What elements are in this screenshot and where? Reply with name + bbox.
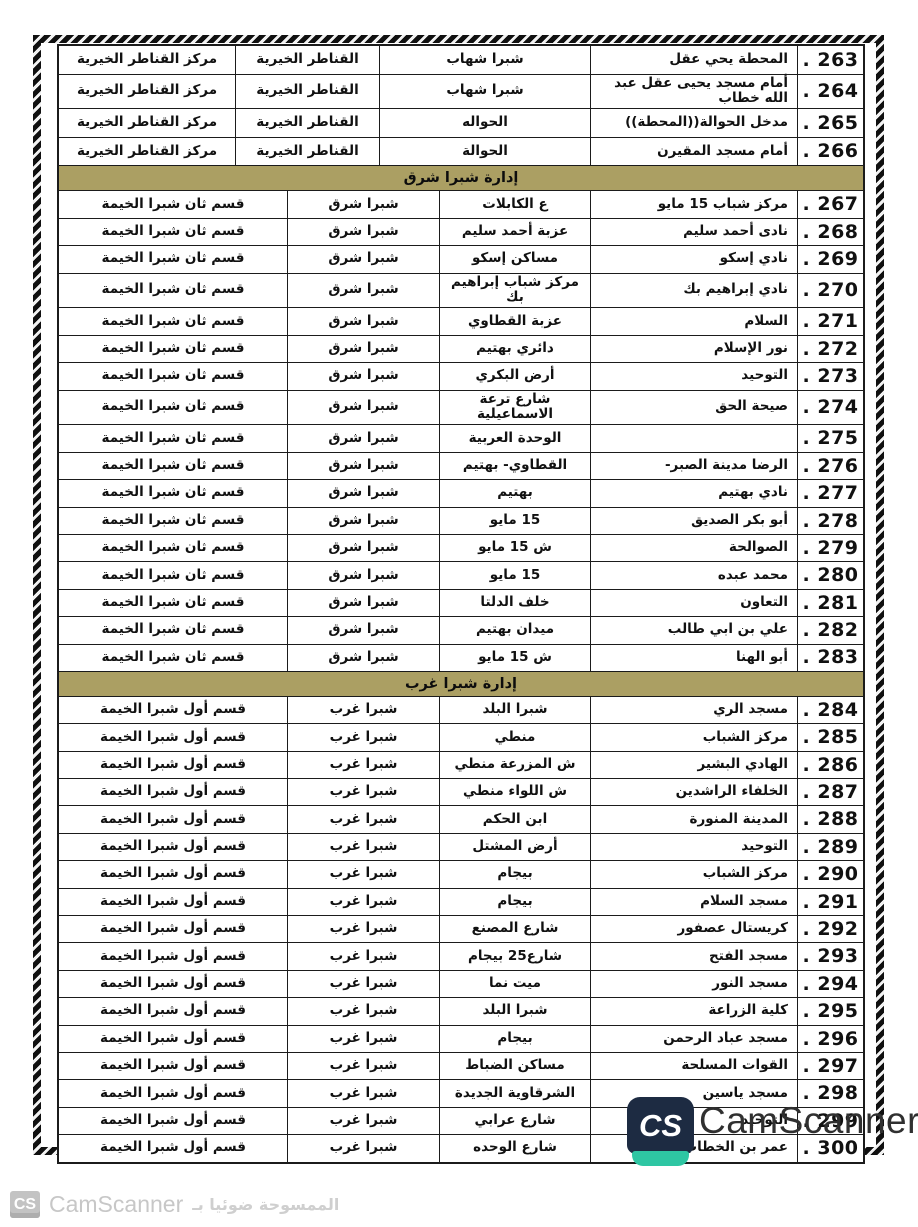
camscanner-teal-bar <box>632 1151 689 1166</box>
dept-cell: قسم أول شبرا الخيمة <box>59 998 288 1024</box>
dept-cell: قسم ثان شبرا الخيمة <box>59 590 288 616</box>
area-cell: 15 مايو <box>440 562 591 588</box>
num-cell: 275 . <box>798 425 863 451</box>
table-row: مركز القناطر الخيرية القناطر الخيرية شبر… <box>59 74 863 109</box>
dept-cell: قسم أول شبرا الخيمة <box>59 1053 288 1079</box>
num-cell: 266 . <box>798 138 863 166</box>
district-cell: شبرا شرق <box>288 219 440 245</box>
camscanner-cs-badge: CS <box>627 1097 694 1154</box>
name-cell: مسجد عباد الرحمن <box>591 1026 798 1052</box>
name-cell: أبو بكر الصديق <box>591 508 798 534</box>
dept-cell: قسم ثان شبرا الخيمة <box>59 535 288 561</box>
name-cell: الخلفاء الراشدين <box>591 779 798 805</box>
num-cell: 295 . <box>798 998 863 1024</box>
num-cell: 273 . <box>798 363 863 389</box>
num-cell: 294 . <box>798 971 863 997</box>
num-cell: 290 . <box>798 861 863 887</box>
num-cell: 280 . <box>798 562 863 588</box>
district-cell: القناطر الخيرية <box>236 46 380 74</box>
dept-cell: قسم أول شبرا الخيمة <box>59 1108 288 1134</box>
table-row: قسم ثان شبرا الخيمة شبرا شرق بهتيم نادي … <box>59 479 863 506</box>
district-cell: شبرا غرب <box>288 779 440 805</box>
num-cell: 263 . <box>798 46 863 74</box>
district-cell: شبرا غرب <box>288 1080 440 1106</box>
district-cell: القناطر الخيرية <box>236 109 380 137</box>
district-cell: شبرا غرب <box>288 806 440 832</box>
name-cell: نادي بهتيم <box>591 480 798 506</box>
num-cell: 284 . <box>798 697 863 723</box>
name-cell: أمام مسجد يحيى عقل عبد الله خطاب <box>591 75 798 109</box>
name-cell: الرضا مدينة الصبر- <box>591 453 798 479</box>
dept-cell: مركز القناطر الخيرية <box>59 75 236 109</box>
num-cell: 269 . <box>798 246 863 272</box>
district-cell: شبرا غرب <box>288 834 440 860</box>
name-cell: التوحيد <box>591 363 798 389</box>
area-cell: مركز شباب إبراهيم بك <box>440 274 591 308</box>
area-cell: 15 مايو <box>440 508 591 534</box>
name-cell: محمد عبده <box>591 562 798 588</box>
district-cell: شبرا شرق <box>288 191 440 217</box>
district-cell: شبرا غرب <box>288 998 440 1024</box>
table-row: قسم أول شبرا الخيمة شبرا غرب شبرا البلد … <box>59 696 863 723</box>
name-cell: نور الإسلام <box>591 336 798 362</box>
area-cell: ميدان بهتيم <box>440 617 591 643</box>
dept-cell: قسم ثان شبرا الخيمة <box>59 562 288 588</box>
table-row: قسم ثان شبرا الخيمة شبرا شرق 15 مايو محم… <box>59 561 863 588</box>
table-row: قسم أول شبرا الخيمة شبرا غرب شارع المصنع… <box>59 915 863 942</box>
area-cell: خلف الدلتا <box>440 590 591 616</box>
num-cell: 270 . <box>798 274 863 308</box>
table-row: قسم أول شبرا الخيمة شبرا غرب ش المزرعة م… <box>59 751 863 778</box>
table-row: قسم أول شبرا الخيمة شبرا غرب ابن الحكم ا… <box>59 805 863 832</box>
name-cell: نادي إبراهيم بك <box>591 274 798 308</box>
name-cell: مسجد الفتح <box>591 943 798 969</box>
district-cell: شبرا غرب <box>288 752 440 778</box>
district-cell: شبرا غرب <box>288 1026 440 1052</box>
district-cell: شبرا شرق <box>288 274 440 308</box>
name-cell: السلام <box>591 308 798 334</box>
name-cell: مسجد الري <box>591 697 798 723</box>
num-cell: 268 . <box>798 219 863 245</box>
num-cell: 278 . <box>798 508 863 534</box>
dept-cell: قسم ثان شبرا الخيمة <box>59 274 288 308</box>
dept-cell: قسم ثان شبرا الخيمة <box>59 308 288 334</box>
dept-cell: قسم ثان شبرا الخيمة <box>59 453 288 479</box>
table-row: قسم أول شبرا الخيمة شبرا غرب ش اللواء من… <box>59 778 863 805</box>
dept-cell: قسم أول شبرا الخيمة <box>59 779 288 805</box>
num-cell: 297 . <box>798 1053 863 1079</box>
table-row: قسم ثان شبرا الخيمة شبرا شرق مساكن إسكو … <box>59 245 863 272</box>
area-cell: دائري بهتيم <box>440 336 591 362</box>
num-cell: 277 . <box>798 480 863 506</box>
dept-cell: قسم أول شبرا الخيمة <box>59 889 288 915</box>
table-row: قسم ثان شبرا الخيمة شبرا شرق شارع ترعة ا… <box>59 390 863 425</box>
num-cell: 288 . <box>798 806 863 832</box>
footer-brand-text: CamScanner <box>49 1191 183 1218</box>
num-cell: 287 . <box>798 779 863 805</box>
dept-cell: قسم أول شبرا الخيمة <box>59 724 288 750</box>
table-row: قسم ثان شبرا الخيمة شبرا شرق مركز شباب إ… <box>59 273 863 308</box>
dept-cell: مركز القناطر الخيرية <box>59 109 236 137</box>
table-row: قسم ثان شبرا الخيمة شبرا شرق ش 15 مايو أ… <box>59 644 863 671</box>
district-cell: شبرا شرق <box>288 425 440 451</box>
area-cell: الحواله <box>380 109 591 137</box>
name-cell: التعاون <box>591 590 798 616</box>
name-cell: الهادي البشير <box>591 752 798 778</box>
name-cell: كريستال عصفور <box>591 916 798 942</box>
camscanner-mini-logo-icon: CS <box>10 1191 40 1218</box>
name-cell: أمام مسجد المقيرن <box>591 138 798 166</box>
name-cell: الصوالحة <box>591 535 798 561</box>
district-cell: شبرا غرب <box>288 697 440 723</box>
table-row: قسم ثان شبرا الخيمة شبرا شرق أرض البكري … <box>59 362 863 389</box>
area-cell: الشرقاوية الجديدة <box>440 1080 591 1106</box>
dept-cell: قسم ثان شبرا الخيمة <box>59 246 288 272</box>
area-cell: شارع عرابي <box>440 1108 591 1134</box>
table-row: قسم أول شبرا الخيمة شبرا غرب بيجام مسجد … <box>59 888 863 915</box>
table-row: قسم أول شبرا الخيمة شبرا غرب أرض المشتل … <box>59 833 863 860</box>
table-row: قسم ثان شبرا الخيمة شبرا شرق خلف الدلتا … <box>59 589 863 616</box>
district-cell: شبرا شرق <box>288 645 440 671</box>
num-cell: 279 . <box>798 535 863 561</box>
table-row: قسم ثان شبرا الخيمة شبرا شرق القطاوي- به… <box>59 452 863 479</box>
area-cell: ش 15 مايو <box>440 645 591 671</box>
table-row: مركز القناطر الخيرية القناطر الخيرية شبر… <box>59 46 863 74</box>
area-cell: شارع الوحده <box>440 1135 591 1161</box>
section-header-row: إدارة شبرا شرق <box>59 165 863 190</box>
area-cell: مساكن إسكو <box>440 246 591 272</box>
num-cell: 293 . <box>798 943 863 969</box>
area-cell: ش 15 مايو <box>440 535 591 561</box>
num-cell: 271 . <box>798 308 863 334</box>
table-row: قسم ثان شبرا الخيمة شبرا شرق ميدان بهتيم… <box>59 616 863 643</box>
table-row: قسم ثان شبرا الخيمة شبرا شرق عزبة القطاو… <box>59 307 863 334</box>
district-cell: شبرا شرق <box>288 508 440 534</box>
num-cell: 296 . <box>798 1026 863 1052</box>
name-cell: نادي إسكو <box>591 246 798 272</box>
num-cell: 286 . <box>798 752 863 778</box>
district-cell: شبرا غرب <box>288 943 440 969</box>
area-cell: ش اللواء منطي <box>440 779 591 805</box>
table-row: مركز القناطر الخيرية القناطر الخيرية الح… <box>59 137 863 166</box>
table-row: قسم أول شبرا الخيمة شبرا غرب شارع25 بيجا… <box>59 942 863 969</box>
table-row: قسم ثان شبرا الخيمة شبرا شرق ش 15 مايو ا… <box>59 534 863 561</box>
district-cell: شبرا غرب <box>288 916 440 942</box>
dept-cell: قسم أول شبرا الخيمة <box>59 1080 288 1106</box>
name-cell: التوحيد <box>591 834 798 860</box>
table-row: قسم أول شبرا الخيمة شبرا غرب بيجام مركز … <box>59 860 863 887</box>
scanned-page-frame: مركز القناطر الخيرية القناطر الخيرية شبر… <box>33 35 884 1155</box>
district-cell: شبرا شرق <box>288 336 440 362</box>
area-cell: ش المزرعة منطي <box>440 752 591 778</box>
area-cell: شارع ترعة الاسماعيلية <box>440 391 591 425</box>
section-header-row: إدارة شبرا غرب <box>59 671 863 696</box>
name-cell: كلية الزراعة <box>591 998 798 1024</box>
area-cell: شبرا شهاب <box>380 75 591 109</box>
name-cell: القوات المسلحة <box>591 1053 798 1079</box>
area-cell: بهتيم <box>440 480 591 506</box>
name-cell: مركز شباب 15 مايو <box>591 191 798 217</box>
num-cell: 291 . <box>798 889 863 915</box>
district-cell: شبرا شرق <box>288 535 440 561</box>
district-cell: شبرا شرق <box>288 391 440 425</box>
area-cell: عزبة أحمد سليم <box>440 219 591 245</box>
dept-cell: قسم أول شبرا الخيمة <box>59 916 288 942</box>
name-cell: مسجد السلام <box>591 889 798 915</box>
dept-cell: قسم أول شبرا الخيمة <box>59 1026 288 1052</box>
dept-cell: قسم أول شبرا الخيمة <box>59 697 288 723</box>
camscanner-watermark-text: CamScanner <box>699 1100 918 1142</box>
num-cell: 285 . <box>798 724 863 750</box>
area-cell: أرض المشتل <box>440 834 591 860</box>
num-cell: 292 . <box>798 916 863 942</box>
dept-cell: قسم ثان شبرا الخيمة <box>59 391 288 425</box>
dept-cell: قسم ثان شبرا الخيمة <box>59 336 288 362</box>
district-cell: شبرا شرق <box>288 246 440 272</box>
table-row: قسم ثان شبرا الخيمة شبرا شرق الوحدة العر… <box>59 424 863 451</box>
area-cell: ابن الحكم <box>440 806 591 832</box>
area-cell: الوحدة العربية <box>440 425 591 451</box>
dept-cell: قسم أول شبرا الخيمة <box>59 1135 288 1161</box>
district-cell: شبرا غرب <box>288 889 440 915</box>
area-cell: شارع25 بيجام <box>440 943 591 969</box>
area-cell: مساكن الضباط <box>440 1053 591 1079</box>
num-cell: 265 . <box>798 109 863 137</box>
district-cell: شبرا غرب <box>288 1135 440 1161</box>
area-cell: منطي <box>440 724 591 750</box>
area-cell: شبرا البلد <box>440 697 591 723</box>
dept-cell: قسم أول شبرا الخيمة <box>59 752 288 778</box>
num-cell: 282 . <box>798 617 863 643</box>
polling-stations-table: مركز القناطر الخيرية القناطر الخيرية شبر… <box>57 44 865 1164</box>
camscanner-logo-icon: CS <box>627 1097 694 1166</box>
table-row: قسم أول شبرا الخيمة شبرا غرب مساكن الضبا… <box>59 1052 863 1079</box>
district-cell: شبرا شرق <box>288 480 440 506</box>
table-row: قسم أول شبرا الخيمة شبرا غرب شبرا البلد … <box>59 997 863 1024</box>
area-cell: شبرا البلد <box>440 998 591 1024</box>
dept-cell: قسم أول شبرا الخيمة <box>59 834 288 860</box>
area-cell: ع الكابلات <box>440 191 591 217</box>
num-cell: 283 . <box>798 645 863 671</box>
num-cell: 272 . <box>798 336 863 362</box>
dept-cell: قسم ثان شبرا الخيمة <box>59 425 288 451</box>
area-cell: شارع المصنع <box>440 916 591 942</box>
table-row: قسم أول شبرا الخيمة شبرا غرب منطي مركز ا… <box>59 723 863 750</box>
dept-cell: مركز القناطر الخيرية <box>59 46 236 74</box>
footer-scanned-by-text: الممسوحة ضوئيا بـ <box>192 1195 339 1214</box>
num-cell: 264 . <box>798 75 863 109</box>
name-cell: نادى أحمد سليم <box>591 219 798 245</box>
num-cell: 274 . <box>798 391 863 425</box>
dept-cell: قسم ثان شبرا الخيمة <box>59 191 288 217</box>
dept-cell: قسم ثان شبرا الخيمة <box>59 363 288 389</box>
dept-cell: قسم أول شبرا الخيمة <box>59 806 288 832</box>
district-cell: شبرا شرق <box>288 308 440 334</box>
name-cell <box>591 425 798 451</box>
dept-cell: قسم أول شبرا الخيمة <box>59 971 288 997</box>
num-cell: 289 . <box>798 834 863 860</box>
name-cell: أبو الهنا <box>591 645 798 671</box>
name-cell: صيحة الحق <box>591 391 798 425</box>
area-cell: شبرا شهاب <box>380 46 591 74</box>
area-cell: ميت نما <box>440 971 591 997</box>
name-cell: علي بن ابي طالب <box>591 617 798 643</box>
area-cell: بيجام <box>440 889 591 915</box>
table-row: قسم أول شبرا الخيمة شبرا غرب ميت نما مسج… <box>59 970 863 997</box>
district-cell: شبرا غرب <box>288 861 440 887</box>
dept-cell: قسم أول شبرا الخيمة <box>59 861 288 887</box>
dept-cell: مركز القناطر الخيرية <box>59 138 236 166</box>
dept-cell: قسم ثان شبرا الخيمة <box>59 219 288 245</box>
district-cell: شبرا غرب <box>288 1108 440 1134</box>
table-row: قسم ثان شبرا الخيمة شبرا شرق ع الكابلات … <box>59 190 863 217</box>
district-cell: شبرا شرق <box>288 590 440 616</box>
area-cell: الحوالة <box>380 138 591 166</box>
dept-cell: قسم ثان شبرا الخيمة <box>59 617 288 643</box>
table-row: قسم ثان شبرا الخيمة شبرا شرق دائري بهتيم… <box>59 335 863 362</box>
num-cell: 281 . <box>798 590 863 616</box>
dept-cell: قسم ثان شبرا الخيمة <box>59 645 288 671</box>
table-row: قسم ثان شبرا الخيمة شبرا شرق عزبة أحمد س… <box>59 218 863 245</box>
name-cell: المحطة يحي عقل <box>591 46 798 74</box>
area-cell: عزبة القطاوي <box>440 308 591 334</box>
district-cell: شبرا غرب <box>288 1053 440 1079</box>
area-cell: أرض البكري <box>440 363 591 389</box>
dept-cell: قسم ثان شبرا الخيمة <box>59 480 288 506</box>
table-row: مركز القناطر الخيرية القناطر الخيرية الح… <box>59 108 863 137</box>
dept-cell: قسم أول شبرا الخيمة <box>59 943 288 969</box>
table-row: قسم أول شبرا الخيمة شبرا غرب بيجام مسجد … <box>59 1025 863 1052</box>
area-cell: القطاوي- بهتيم <box>440 453 591 479</box>
dept-cell: قسم ثان شبرا الخيمة <box>59 508 288 534</box>
name-cell: مركز الشباب <box>591 724 798 750</box>
camscanner-footer: CS CamScanner الممسوحة ضوئيا بـ <box>10 1191 339 1218</box>
district-cell: شبرا غرب <box>288 971 440 997</box>
num-cell: 276 . <box>798 453 863 479</box>
district-cell: شبرا غرب <box>288 724 440 750</box>
district-cell: شبرا شرق <box>288 617 440 643</box>
name-cell: المدينة المنورة <box>591 806 798 832</box>
table-row: قسم ثان شبرا الخيمة شبرا شرق 15 مايو أبو… <box>59 507 863 534</box>
district-cell: شبرا شرق <box>288 363 440 389</box>
name-cell: مركز الشباب <box>591 861 798 887</box>
name-cell: مدخل الحوالة((المحطة)) <box>591 109 798 137</box>
name-cell: مسجد النور <box>591 971 798 997</box>
district-cell: القناطر الخيرية <box>236 138 380 166</box>
area-cell: بيجام <box>440 1026 591 1052</box>
district-cell: القناطر الخيرية <box>236 75 380 109</box>
camscanner-cs-text: CS <box>639 1108 682 1144</box>
num-cell: 267 . <box>798 191 863 217</box>
district-cell: شبرا شرق <box>288 453 440 479</box>
district-cell: شبرا شرق <box>288 562 440 588</box>
area-cell: بيجام <box>440 861 591 887</box>
